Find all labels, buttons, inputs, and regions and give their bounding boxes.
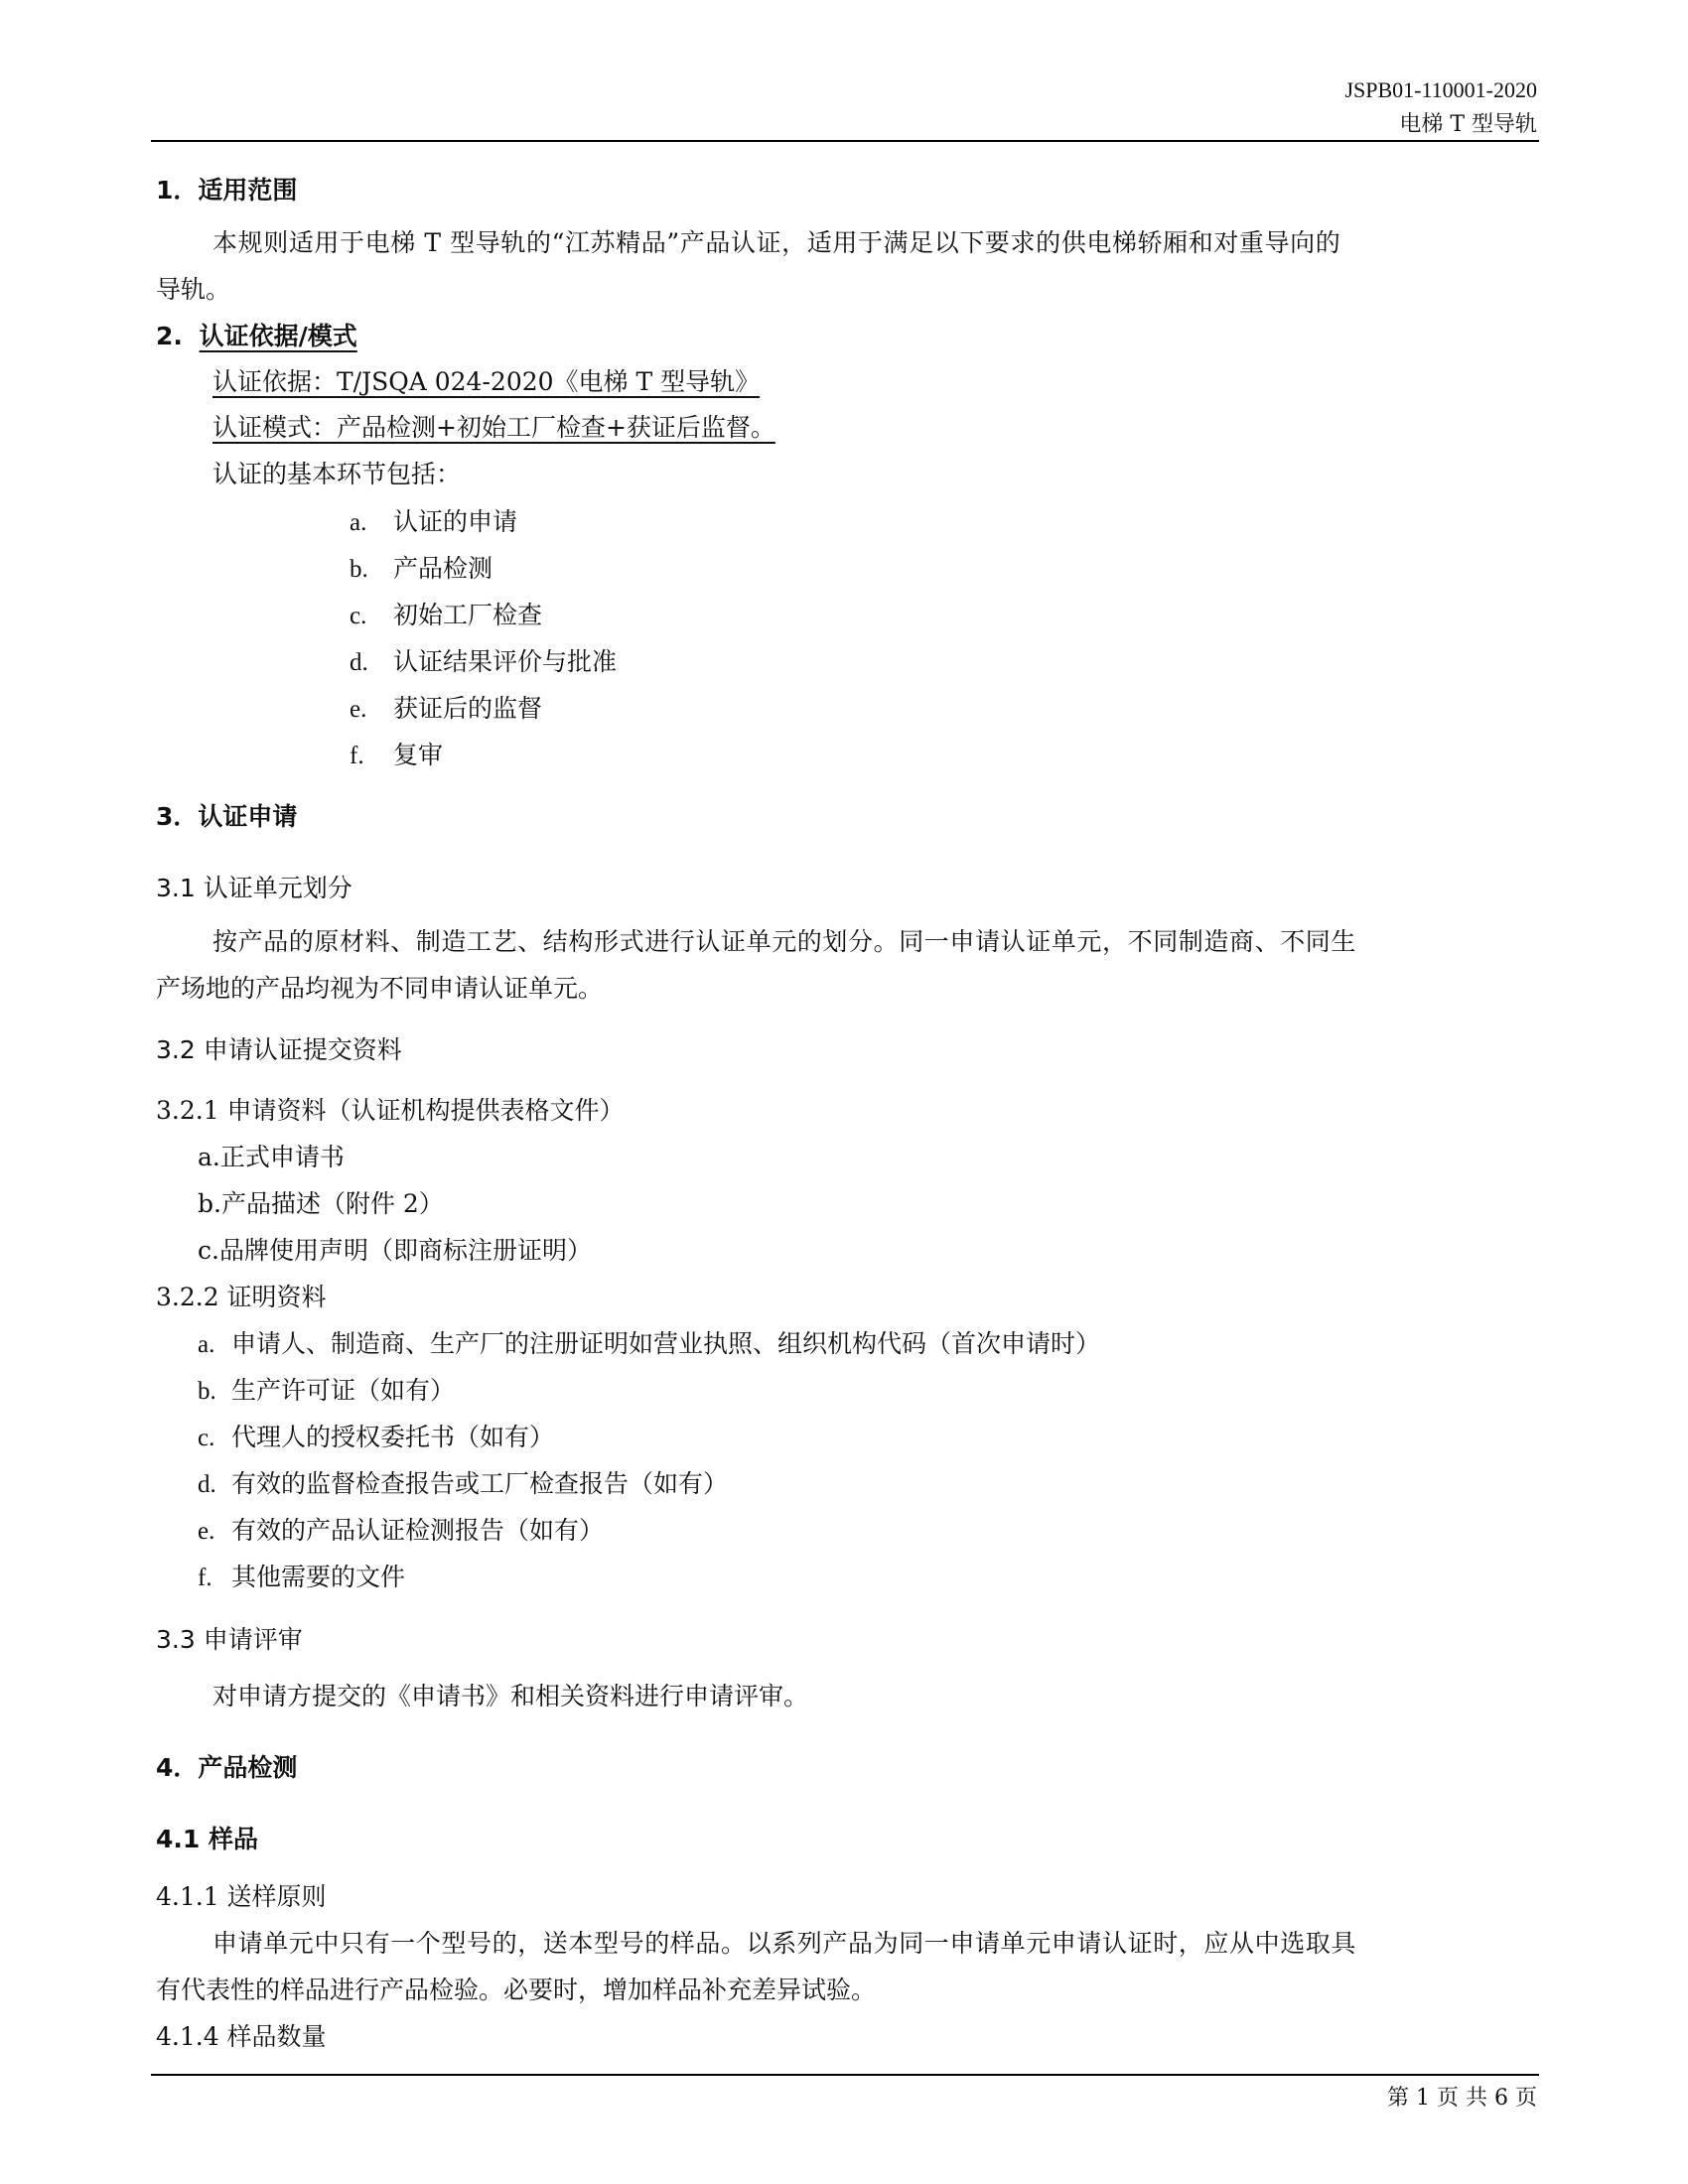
- section-3-1-paragraph-line1: 按产品的原材料、制造工艺、结构形式进行认证单元的划分。同一申请认证单元，不同制造…: [212, 927, 1356, 957]
- section-3-1-paragraph-line2: 产场地的产品均视为不同申请认证单元。: [156, 974, 603, 1004]
- step-item: f.复审: [350, 741, 443, 771]
- item-marker: c.: [198, 1236, 219, 1265]
- section-3-3-paragraph: 对申请方提交的《申请书》和相关资料进行申请评审。: [212, 1682, 808, 1711]
- section-4-heading: 4．产品检测: [156, 1753, 297, 1783]
- step-marker: a.: [350, 508, 393, 538]
- step-item: d.认证结果评价与批准: [350, 647, 617, 678]
- section-1-paragraph-line1: 本规则适用于电梯 T 型导轨的“江苏精品”产品认证，适用于满足以下要求的供电梯轿…: [212, 228, 1340, 258]
- section-3-heading: 3．认证申请: [156, 802, 297, 832]
- step-marker: d.: [350, 648, 393, 678]
- section-1-heading: 1．适用范围: [156, 176, 297, 205]
- section-3-2-1-heading: 3.2.1 申请资料（认证机构提供表格文件）: [156, 1096, 625, 1126]
- item-text: 正式申请书: [220, 1143, 345, 1171]
- step-marker: f.: [350, 742, 393, 771]
- item-marker: a.: [198, 1330, 231, 1360]
- step-item: c.初始工厂检查: [350, 601, 542, 631]
- item-marker: c.: [198, 1424, 231, 1453]
- step-marker: c.: [350, 602, 393, 631]
- header-doc-title: 电梯 T 型导轨: [1399, 107, 1537, 138]
- section-4-1-1-heading: 4.1.1 送样原则: [156, 1882, 327, 1912]
- item-marker: a.: [198, 1143, 220, 1171]
- item-text: 有效的产品认证检测报告（如有）: [231, 1516, 604, 1545]
- item-text: 申请人、制造商、生产厂的注册证明如营业执照、组织机构代码（首次申请时）: [231, 1329, 1100, 1358]
- section-4-1-heading: 4.1 样品: [156, 1825, 258, 1854]
- step-text: 获证后的监督: [393, 694, 542, 723]
- step-item: b.产品检测: [350, 554, 492, 585]
- item-marker: f.: [198, 1564, 231, 1593]
- section-4-1-1-paragraph-line1: 申请单元中只有一个型号的，送本型号的样品。以系列产品为同一申请单元申请认证时，应…: [212, 1929, 1356, 1959]
- proof-material-item: c.代理人的授权委托书（如有）: [198, 1423, 554, 1453]
- item-text: 代理人的授权委托书（如有）: [231, 1423, 554, 1451]
- certification-mode: 认证模式：产品检测+初始工厂检查+获证后监督。: [212, 413, 775, 443]
- step-item: a.认证的申请: [350, 507, 517, 538]
- item-marker: d.: [198, 1470, 231, 1500]
- section-3-2-2-heading: 3.2.2 证明资料: [156, 1283, 327, 1312]
- page-number: 第 1 页 共 6 页: [1387, 2081, 1537, 2112]
- proof-material-item: d.有效的监督检查报告或工厂检查报告（如有）: [198, 1469, 728, 1500]
- step-text: 初始工厂检查: [393, 601, 542, 629]
- item-text: 产品描述（附件 2）: [221, 1189, 444, 1218]
- application-material-item: a.正式申请书: [198, 1143, 345, 1172]
- step-text: 产品检测: [393, 554, 492, 583]
- item-text: 生产许可证（如有）: [231, 1376, 455, 1405]
- section-2-title: 认证依据/模式: [200, 322, 357, 350]
- proof-material-item: e.有效的产品认证检测报告（如有）: [198, 1516, 604, 1547]
- proof-material-item: f.其他需要的文件: [198, 1563, 405, 1593]
- section-3-2-heading: 3.2 申请认证提交资料: [156, 1035, 402, 1065]
- step-item: e.获证后的监督: [350, 694, 542, 725]
- step-text: 认证的申请: [393, 507, 517, 536]
- section-4-1-4-heading: 4.1.4 样品数量: [156, 2022, 327, 2052]
- item-text: 其他需要的文件: [231, 1563, 405, 1591]
- step-marker: b.: [350, 555, 393, 585]
- footer-divider: [151, 2074, 1539, 2076]
- header-divider: [151, 140, 1539, 142]
- section-3-3-heading: 3.3 申请评审: [156, 1625, 303, 1655]
- step-text: 认证结果评价与批准: [393, 647, 617, 676]
- certification-basis: 认证依据：T/JSQA 024-2020《电梯 T 型导轨》: [212, 367, 760, 397]
- steps-intro: 认证的基本环节包括：: [212, 460, 461, 489]
- step-marker: e.: [350, 695, 393, 725]
- step-text: 复审: [393, 741, 443, 769]
- proof-material-item: a.申请人、制造商、生产厂的注册证明如营业执照、组织机构代码（首次申请时）: [198, 1329, 1100, 1360]
- header-doc-code: JSPB01-110001-2020: [1344, 77, 1537, 103]
- section-2-number: 2.: [156, 322, 183, 350]
- section-2-heading: 2. 认证依据/模式: [156, 322, 357, 351]
- section-3-1-heading: 3.1 认证单元划分: [156, 874, 352, 903]
- item-marker: b.: [198, 1189, 221, 1218]
- application-material-item: b.产品描述（附件 2）: [198, 1189, 444, 1219]
- proof-material-item: b.生产许可证（如有）: [198, 1376, 455, 1407]
- section-1-paragraph-line2: 导轨。: [156, 275, 230, 305]
- application-material-item: c.品牌使用声明（即商标注册证明）: [198, 1236, 592, 1266]
- item-text: 有效的监督检查报告或工厂检查报告（如有）: [231, 1469, 728, 1498]
- item-marker: e.: [198, 1517, 231, 1547]
- item-marker: b.: [198, 1377, 231, 1407]
- item-text: 品牌使用声明（即商标注册证明）: [219, 1236, 592, 1265]
- document-page: JSPB01-110001-2020 电梯 T 型导轨 1．适用范围 本规则适用…: [0, 0, 1688, 2184]
- section-4-1-1-paragraph-line2: 有代表性的样品进行产品检验。必要时，增加样品补充差异试验。: [156, 1976, 876, 2005]
